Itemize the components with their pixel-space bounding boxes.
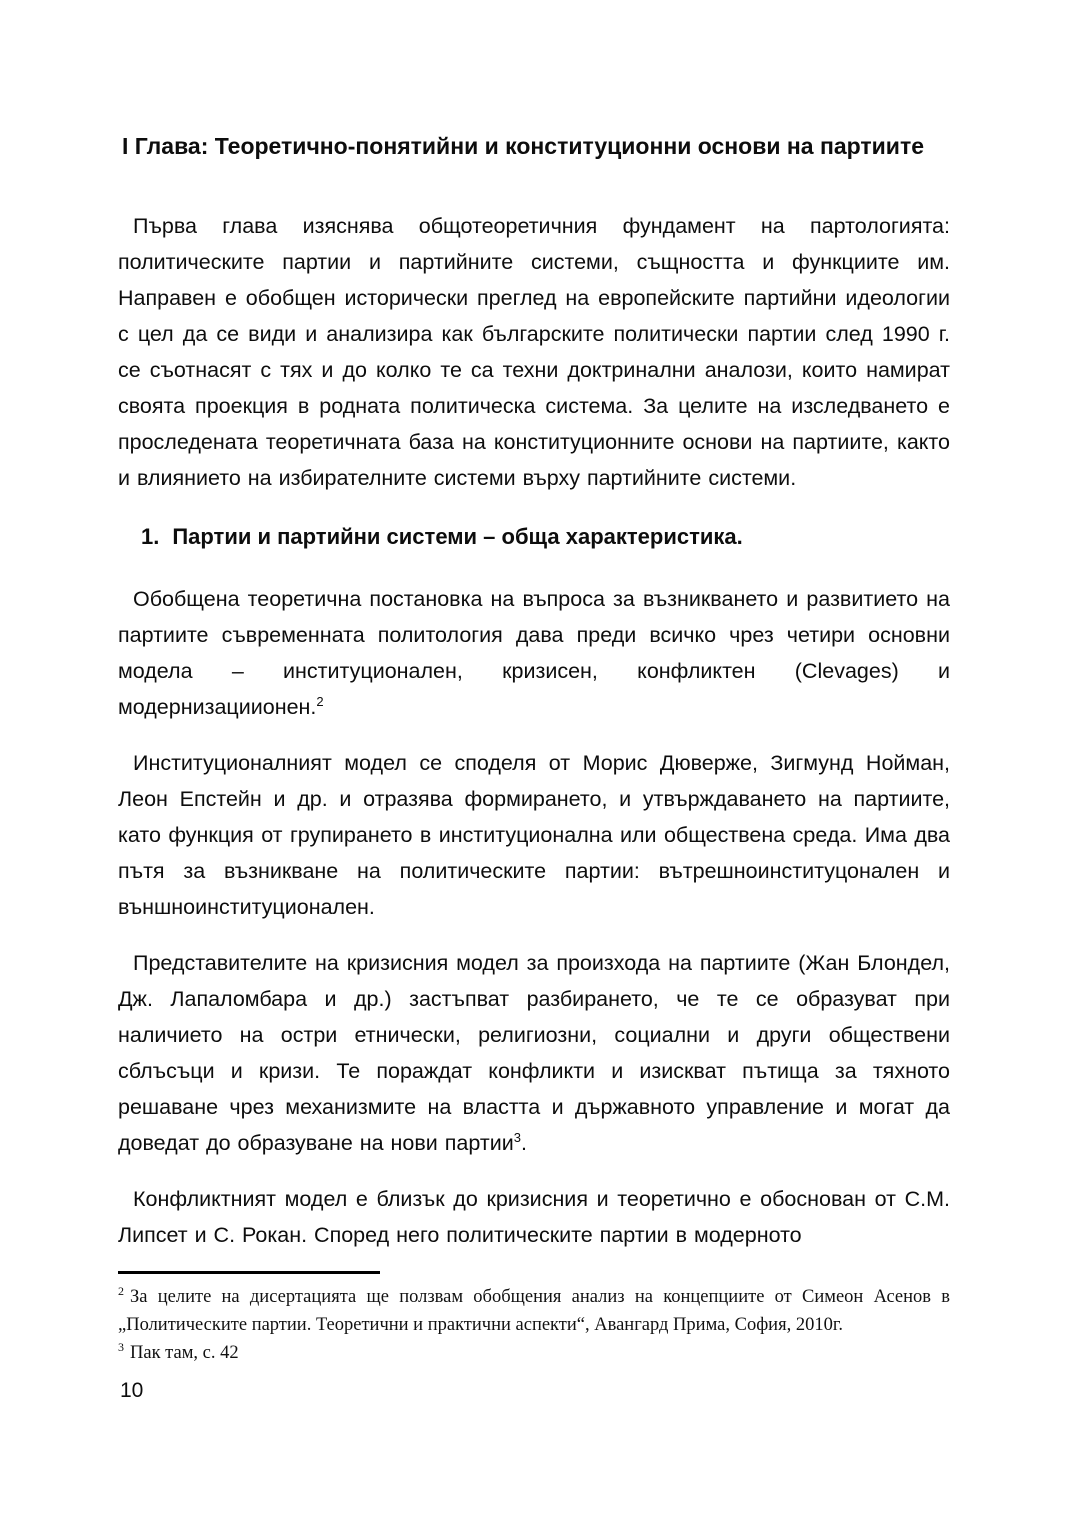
footnote-ref-3: 3 <box>514 1130 521 1145</box>
footnote-separator-rule <box>118 1271 380 1274</box>
footnote-ref-2: 2 <box>316 694 323 709</box>
footnote-2: 2За целите на дисертацията ще ползвам об… <box>118 1283 950 1339</box>
paragraph-institutional-model: Институционалният модел се споделя от Мо… <box>118 745 950 925</box>
document-page: I Глава: Теоретично-понятийни и конститу… <box>0 0 1080 1527</box>
footnotes-section: 2За целите на дисертацията ще ползвам об… <box>118 1271 950 1367</box>
paragraph-intro: Първа глава изяснява общотеоретичния фун… <box>118 208 950 496</box>
paragraph-crisis-model-text: Представителите на кризисния модел за пр… <box>118 951 950 1155</box>
footnote-3-marker: 3 <box>118 1340 124 1354</box>
footnote-2-text: За целите на дисертацията ще ползвам обо… <box>118 1287 950 1335</box>
page-number: 10 <box>120 1379 950 1403</box>
section-number: 1. <box>141 524 159 549</box>
paragraph-conflict-model: Конфликтният модел е близък до кризисния… <box>118 1181 950 1253</box>
paragraph-four-models: Обобщена теоретична постановка на въпрос… <box>118 581 950 725</box>
footnote-2-marker: 2 <box>118 1284 124 1298</box>
chapter-title: I Глава: Теоретично-понятийни и конститу… <box>122 131 950 161</box>
section-title: Партии и партийни системи – обща характе… <box>172 524 742 549</box>
paragraph-crisis-model-tail: . <box>521 1131 527 1155</box>
footnote-3-text: Пак там, с. 42 <box>130 1343 239 1363</box>
footnote-3: 3Пак там, с. 42 <box>118 1339 950 1367</box>
section-heading: 1.Партии и партийни системи – обща харак… <box>118 522 950 552</box>
paragraph-crisis-model: Представителите на кризисния модел за пр… <box>118 945 950 1161</box>
paragraph-four-models-text: Обобщена теоретична постановка на въпрос… <box>118 587 950 719</box>
